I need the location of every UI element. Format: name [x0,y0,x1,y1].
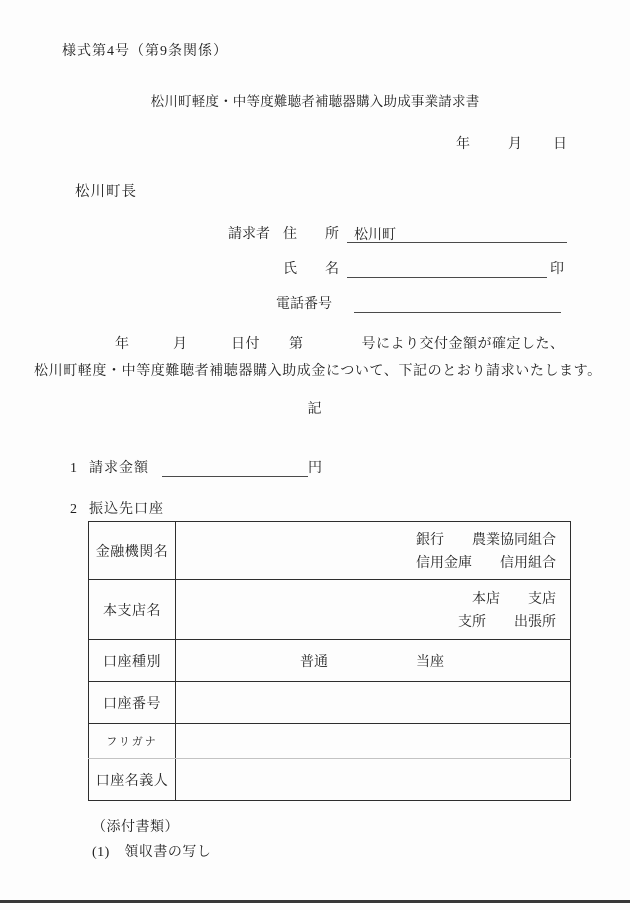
account-type-ordinary: 普通 [300,655,328,670]
furigana-cell [176,724,571,759]
item1-number: 1 [70,461,77,477]
record-mark: 記 [0,398,630,418]
row-label: 口座種別 [89,640,176,682]
applicant-role-label: 請求者 [228,227,270,242]
document-page: 様式第4号（第9条関係） 松川町軽度・中等度難聴者補聴器購入助成事業請求書 年月… [0,0,630,903]
item2-label: 振込先口座 [89,502,164,517]
branch-options: 本店 支店 支所 出張所 [176,580,570,639]
institution-options: 銀行 農業協同組合 信用金庫 信用組合 [176,522,570,579]
item-claim-amount: 1請求金額円 [70,457,322,477]
row-label: 本支店名 [89,580,176,640]
seal-mark: 印 [550,262,564,277]
item1-unit: 円 [308,461,322,476]
row-label: 口座番号 [89,682,176,724]
name-field [347,259,547,278]
applicant-phone-row: 電話番号 [276,293,561,313]
applicant-name-row: 氏 名印 [283,258,564,278]
item1-label: 請求金額 [89,461,149,476]
address-label: 住 所 [283,227,339,242]
institution-option-line1: 銀行 農業協同組合 [416,529,556,549]
date-day-label: 日 [553,137,567,152]
account-holder-cell [176,759,571,801]
row-label: 口座名義人 [89,759,176,801]
item-bank-account: 2振込先口座 [70,498,164,518]
row-label: 金融機関名 [89,522,176,580]
amount-field [162,458,308,477]
account-number-cell [176,682,571,724]
branch-option-line2: 支所 出張所 [458,611,556,631]
table-row-financial-institution: 金融機関名 銀行 農業協同組合 信用金庫 信用組合 [89,522,571,580]
form-number: 様式第4号（第9条関係） [62,40,228,60]
date-year-label: 年 [456,137,470,152]
table-row-branch: 本支店名 本店 支店 支所 出張所 [89,580,571,640]
account-type-cell: 普通当座 [176,640,571,682]
attachments-header: （添付書類） [92,816,179,836]
document-title: 松川町軽度・中等度難聴者補聴器購入助成事業請求書 [0,90,630,110]
bank-account-table: 金融機関名 銀行 農業協同組合 信用金庫 信用組合 本支店名 本店 支店 支所 … [88,521,571,801]
applicant-address-row: 請求者住 所松川町 [228,223,567,243]
phone-label: 電話番号 [276,297,332,312]
financial-institution-cell: 銀行 農業協同組合 信用金庫 信用組合 [176,522,571,580]
name-label: 氏 名 [283,262,339,277]
phone-field [354,294,561,313]
table-row-account-holder: 口座名義人 [89,759,571,801]
address-field: 松川町 [347,224,567,243]
branch-cell: 本店 支店 支所 出張所 [176,580,571,640]
item2-number: 2 [70,502,77,518]
addressee: 松川町長 [75,180,137,201]
institution-option-line2: 信用金庫 信用組合 [416,552,556,572]
account-type-current: 当座 [416,655,444,670]
row-label: フリガナ [89,724,176,759]
date-line: 年月日 [0,133,567,153]
table-row-account-type: 口座種別 普通当座 [89,640,571,682]
attachment-item-1: (1) 領収書の写し [92,841,211,861]
date-month-label: 月 [508,137,522,152]
body-paragraph-line1: 年 月 日付 第 号により交付金額が確定した、 [115,333,565,353]
body-paragraph-line2: 松川町軽度・中等度難聴者補聴器購入助成金について、下記のとおり請求いたします。 [34,360,602,380]
branch-option-line1: 本店 支店 [472,588,556,608]
table-row-furigana: フリガナ [89,724,571,759]
table-row-account-number: 口座番号 [89,682,571,724]
